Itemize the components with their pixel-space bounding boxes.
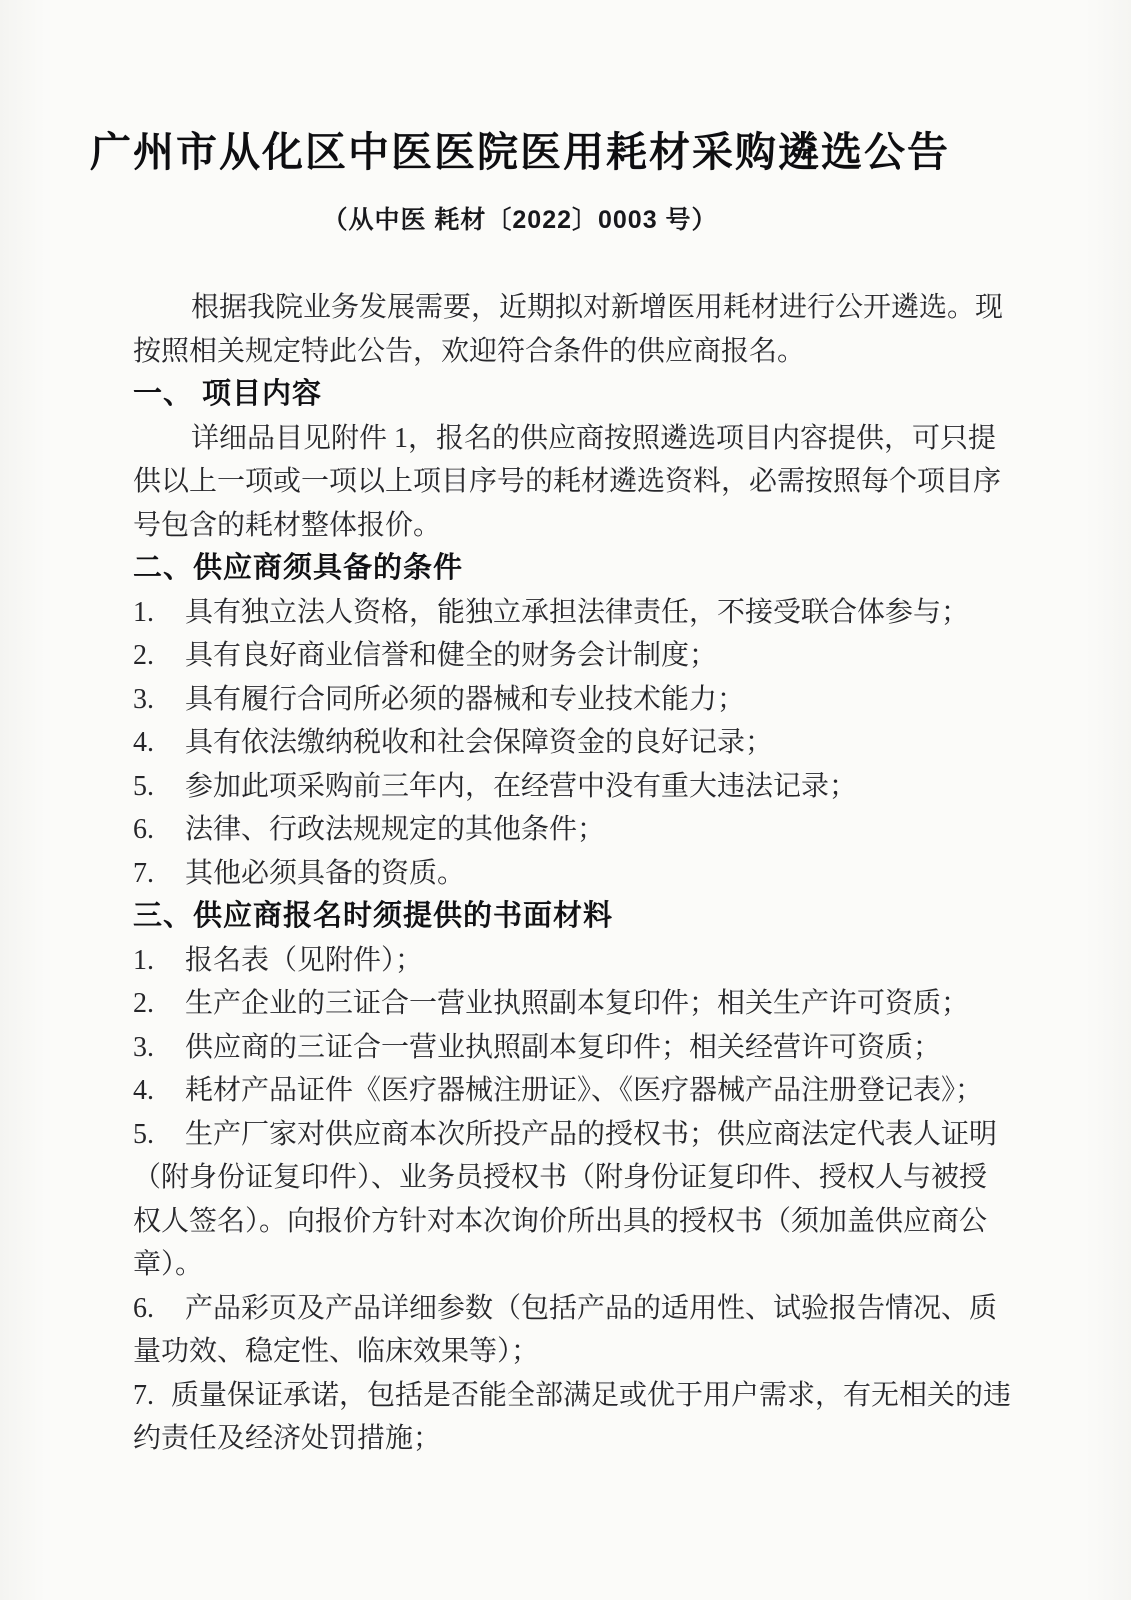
page-title: 广州市从化区中医医院医用耗材采购遴选公告 — [81, 126, 959, 178]
item-text: 其他必须具备的资质。 — [185, 858, 465, 889]
item-text: 具有履行合同所必须的器械和专业技术能力； — [185, 684, 745, 715]
list-item-continuation: 章）。 — [133, 1243, 1011, 1287]
item-text: 质量保证承诺，包括是否能全部满足或优于用户需求，有无相关的违 — [171, 1380, 1011, 1411]
item-text: 报名表（见附件）； — [185, 945, 423, 976]
item-number: 1. — [133, 939, 185, 983]
item-text: 具有独立法人资格，能独立承担法律责任，不接受联合体参与； — [185, 597, 969, 628]
list-item-continuation: （附身份证复印件）、业务员授权书（附身份证复印件、授权人与被授 — [133, 1156, 1011, 1200]
item-text: 耗材产品证件《医疗器械注册证》、《医疗器械产品注册登记表》； — [185, 1075, 983, 1106]
list-item: 5.生产厂家对供应商本次所投产品的授权书；供应商法定代表人证明 — [133, 1113, 1011, 1157]
item-text: 生产厂家对供应商本次所投产品的授权书；供应商法定代表人证明 — [185, 1119, 997, 1150]
item-number: 7. — [133, 852, 185, 896]
list-item: 6.产品彩页及产品详细参数（包括产品的适用性、试验报告情况、质 — [133, 1287, 1011, 1331]
list-item: 1.报名表（见附件）； — [133, 939, 1011, 983]
paragraph-line: 根据我院业务发展需要，近期拟对新增医用耗材进行公开遴选。现 — [133, 286, 1011, 330]
list-item: 2.生产企业的三证合一营业执照副本复印件；相关生产许可资质； — [133, 982, 1011, 1026]
item-number: 2. — [133, 982, 185, 1026]
item-text: 供应商的三证合一营业执照副本复印件；相关经营许可资质； — [185, 1032, 941, 1063]
list-item: 4.具有依法缴纳税收和社会保障资金的良好记录； — [133, 721, 1011, 765]
item-number: 3. — [133, 1026, 185, 1070]
list-item: 3.供应商的三证合一营业执照副本复印件；相关经营许可资质； — [133, 1026, 1011, 1070]
item-text: 具有依法缴纳税收和社会保障资金的良好记录； — [185, 727, 773, 758]
list-item-continuation: 量功效、稳定性、临床效果等）； — [133, 1330, 1011, 1374]
item-number: 5. — [133, 765, 185, 809]
item-text: 生产企业的三证合一营业执照副本复印件；相关生产许可资质； — [185, 988, 969, 1019]
scanned-document-page: 广州市从化区中医医院医用耗材采购遴选公告 （从中医 耗材〔2022〕0003 号… — [0, 0, 1131, 1600]
item-number: 1. — [133, 591, 185, 635]
section-heading-3: 三、供应商报名时须提供的书面材料 — [133, 895, 1011, 939]
item-number: 6. — [133, 808, 185, 852]
document-content: 广州市从化区中医医院医用耗材采购遴选公告 （从中医 耗材〔2022〕0003 号… — [0, 0, 1011, 1461]
item-number: 4. — [133, 721, 185, 765]
paragraph-line: 号包含的耗材整体报价。 — [133, 504, 1011, 548]
doc-number: （从中医 耗材〔2022〕0003 号） — [81, 204, 959, 236]
list-item: 3.具有履行合同所必须的器械和专业技术能力； — [133, 678, 1011, 722]
list-item: 7.质量保证承诺，包括是否能全部满足或优于用户需求，有无相关的违 — [133, 1374, 1011, 1418]
paragraph-line: 供以上一项或一项以上项目序号的耗材遴选资料，必需按照每个项目序 — [133, 460, 1011, 504]
item-number: 6. — [133, 1287, 185, 1331]
list-item: 7.其他必须具备的资质。 — [133, 852, 1011, 896]
list-item-continuation: 权人签名）。向报价方针对本次询价所出具的授权书（须加盖供应商公 — [133, 1200, 1011, 1244]
item-text: 法律、行政法规规定的其他条件； — [185, 814, 605, 845]
item-text: 具有良好商业信誉和健全的财务会计制度； — [185, 640, 717, 671]
item-number: 3. — [133, 678, 185, 722]
document-body: 根据我院业务发展需要，近期拟对新增医用耗材进行公开遴选。现 按照相关规定特此公告… — [133, 286, 1011, 1461]
paragraph-line: 按照相关规定特此公告，欢迎符合条件的供应商报名。 — [133, 330, 1011, 374]
item-number: 2. — [133, 634, 185, 678]
list-item: 5.参加此项采购前三年内，在经营中没有重大违法记录； — [133, 765, 1011, 809]
section-heading-2: 二、供应商须具备的条件 — [133, 547, 1011, 591]
item-number: 7. — [133, 1374, 171, 1418]
list-item: 6.法律、行政法规规定的其他条件； — [133, 808, 1011, 852]
item-number: 5. — [133, 1113, 185, 1157]
item-number: 4. — [133, 1069, 185, 1113]
section-heading-1: 一、 项目内容 — [133, 373, 1011, 417]
list-item: 2.具有良好商业信誉和健全的财务会计制度； — [133, 634, 1011, 678]
paragraph-line: 详细品目见附件 1，报名的供应商按照遴选项目内容提供，可只提 — [133, 417, 1011, 461]
list-item-continuation: 约责任及经济处罚措施； — [133, 1417, 1011, 1461]
list-item: 1.具有独立法人资格，能独立承担法律责任，不接受联合体参与； — [133, 591, 1011, 635]
item-text: 参加此项采购前三年内，在经营中没有重大违法记录； — [185, 771, 857, 802]
list-item: 4.耗材产品证件《医疗器械注册证》、《医疗器械产品注册登记表》； — [133, 1069, 1011, 1113]
item-text: 产品彩页及产品详细参数（包括产品的适用性、试验报告情况、质 — [185, 1293, 997, 1324]
